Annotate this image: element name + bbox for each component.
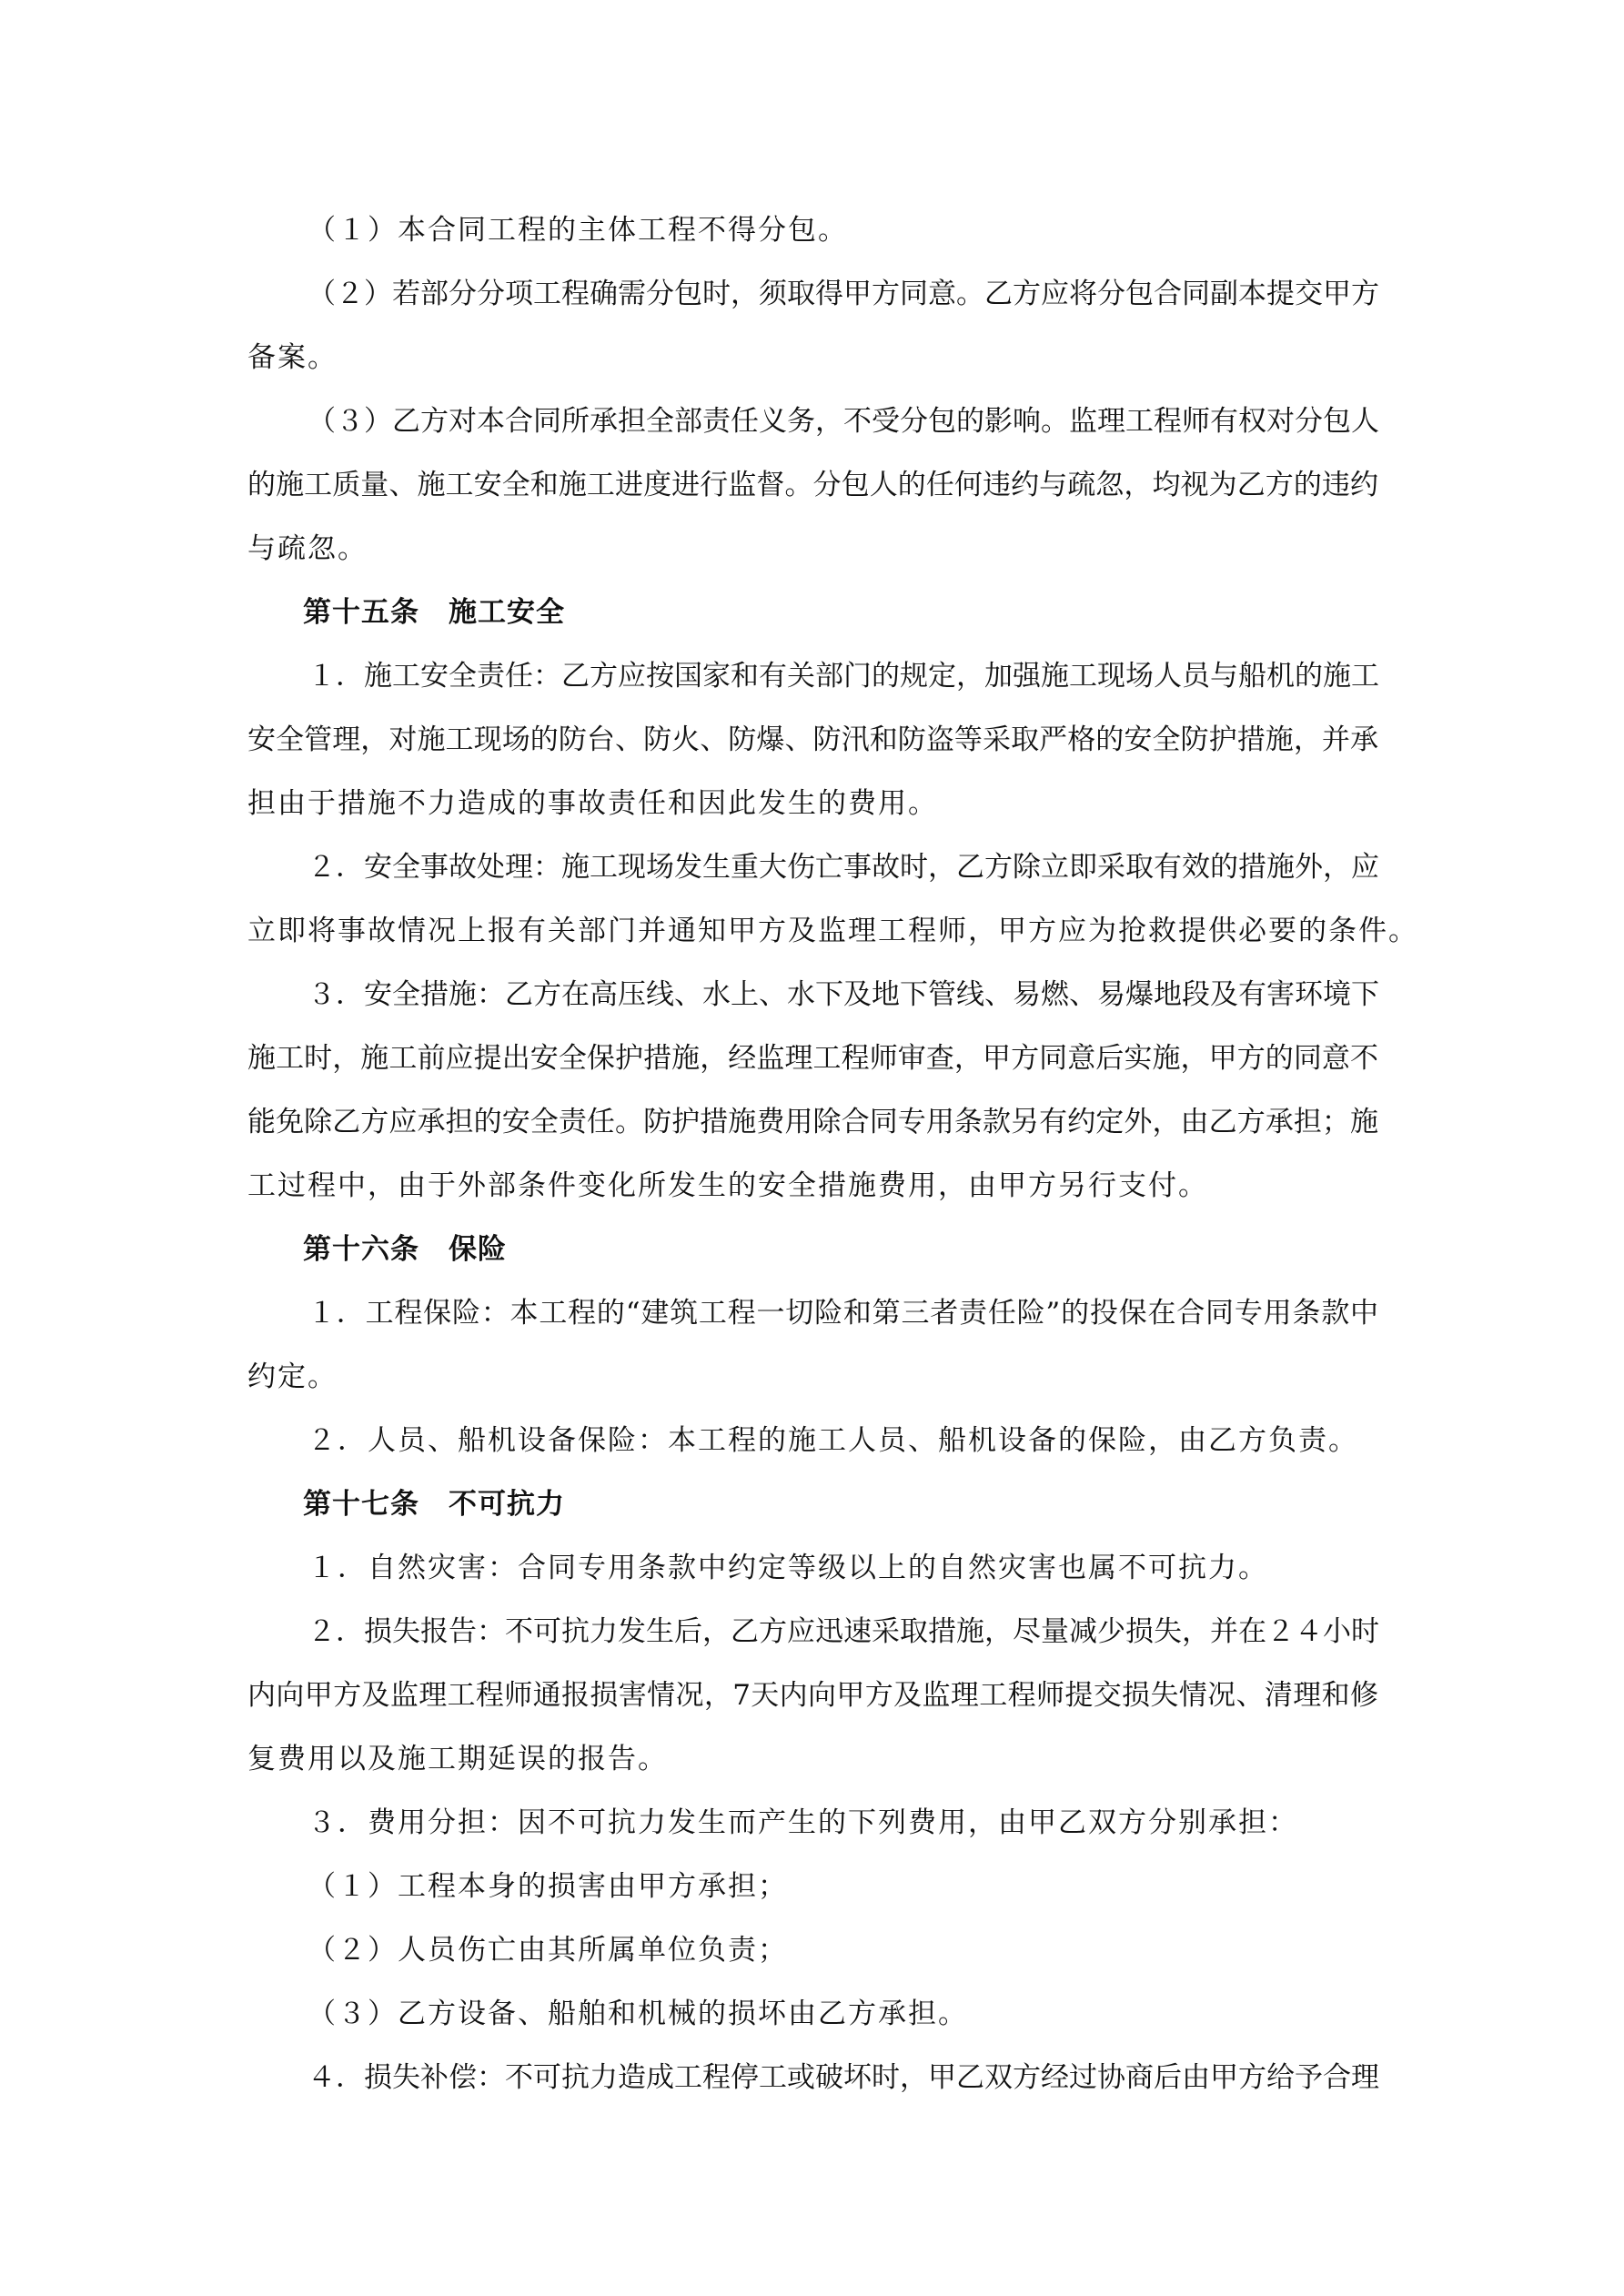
clause-14-item-2-line-1: （２）若部分分项工程确需分包时，须取得甲方同意。乙方应将分包合同副本提交甲方 bbox=[308, 262, 1378, 326]
clause-17-item-3-sub-2: （２）人员伤亡由其所属单位负责； bbox=[308, 1918, 788, 1982]
clause-15-item-1-line-1: １．施工安全责任：乙方应按国家和有关部门的规定，加强施工现场人员与船机的施工 bbox=[308, 644, 1378, 708]
clause-17-item-3: ３．费用分担：因不可抗力发生而产生的下列费用，由甲乙双方分别承担： bbox=[308, 1791, 1298, 1855]
document-page: （１）本合同工程的主体工程不得分包。 （２）若部分分项工程确需分包时，须取得甲方… bbox=[0, 0, 1624, 2296]
clause-17-item-2-line-2: 内向甲方及监理工程师通报损害情况，7天内向甲方及监理工程师提交损失情况、清理和修 bbox=[247, 1664, 1378, 1727]
clause-17-item-3-sub-1: （１）工程本身的损害由甲方承担； bbox=[308, 1855, 788, 1918]
clause-15-item-3-line-1: ３．安全措施：乙方在高压线、水上、水下及地下管线、易燃、易爆地段及有害环境下 bbox=[308, 963, 1378, 1027]
clause-15-item-3-line-3: 能免除乙方应承担的安全责任。防护措施费用除合同专用条款另有约定外，由乙方承担；施 bbox=[247, 1090, 1378, 1154]
clause-17-item-2-line-1: ２．损失报告：不可抗力发生后，乙方应迅速采取措施，尽量减少损失，并在２４小时 bbox=[308, 1600, 1378, 1664]
clause-17-item-1: １．自然灾害：合同专用条款中约定等级以上的自然灾害也属不可抗力。 bbox=[308, 1536, 1268, 1600]
clause-15-item-2-line-2: 立即将事故情况上报有关部门并通知甲方及监理工程师，甲方应为抢救提供必要的条件。 bbox=[247, 899, 1418, 963]
clause-14-item-1: （１）本合同工程的主体工程不得分包。 bbox=[308, 198, 848, 262]
clause-14-item-3-line-3: 与疏忽。 bbox=[247, 517, 368, 581]
clause-16-item-2: ２．人员、船机设备保险：本工程的施工人员、船机设备的保险，由乙方负责。 bbox=[308, 1409, 1358, 1472]
clause-16-heading: 第十六条 保险 bbox=[303, 1218, 507, 1281]
clause-14-item-3-line-2: 的施工质量、施工安全和施工进度进行监督。分包人的任何违约与疏忽，均视为乙方的违约 bbox=[247, 453, 1378, 517]
clause-17-heading: 第十七条 不可抗力 bbox=[303, 1472, 565, 1536]
clause-15-heading: 第十五条 施工安全 bbox=[303, 581, 565, 644]
clause-16-item-1-line-2: 约定。 bbox=[247, 1345, 338, 1409]
clause-16-item-1-line-1: １．工程保险：本工程的“建筑工程一切险和第三者责任险”的投保在合同专用条款中 bbox=[308, 1281, 1378, 1345]
clause-14-item-3-line-1: （３）乙方对本合同所承担全部责任义务，不受分包的影响。监理工程师有权对分包人 bbox=[308, 389, 1378, 453]
clause-15-item-3-line-4: 工过程中，由于外部条件变化所发生的安全措施费用，由甲方另行支付。 bbox=[247, 1154, 1208, 1218]
clause-15-item-1-line-3: 担由于措施不力造成的事故责任和因此发生的费用。 bbox=[247, 772, 938, 835]
clause-15-item-2-line-1: ２．安全事故处理：施工现场发生重大伤亡事故时，乙方除立即采取有效的措施外，应 bbox=[308, 835, 1378, 899]
clause-14-item-2-line-2: 备案。 bbox=[247, 326, 338, 389]
clause-15-item-1-line-2: 安全管理，对施工现场的防台、防火、防爆、防汛和防盗等采取严格的安全防护措施，并承 bbox=[247, 708, 1378, 772]
clause-17-item-2-line-3: 复费用以及施工期延误的报告。 bbox=[247, 1727, 668, 1791]
clause-17-item-3-sub-3: （３）乙方设备、船舶和机械的损坏由乙方承担。 bbox=[308, 1982, 968, 2046]
clause-15-item-3-line-2: 施工时，施工前应提出安全保护措施，经监理工程师审查，甲方同意后实施，甲方的同意不 bbox=[247, 1027, 1378, 1090]
clause-17-item-4-line-1: ４．损失补偿：不可抗力造成工程停工或破坏时，甲乙双方经过协商后由甲方给予合理 bbox=[308, 2046, 1378, 2109]
